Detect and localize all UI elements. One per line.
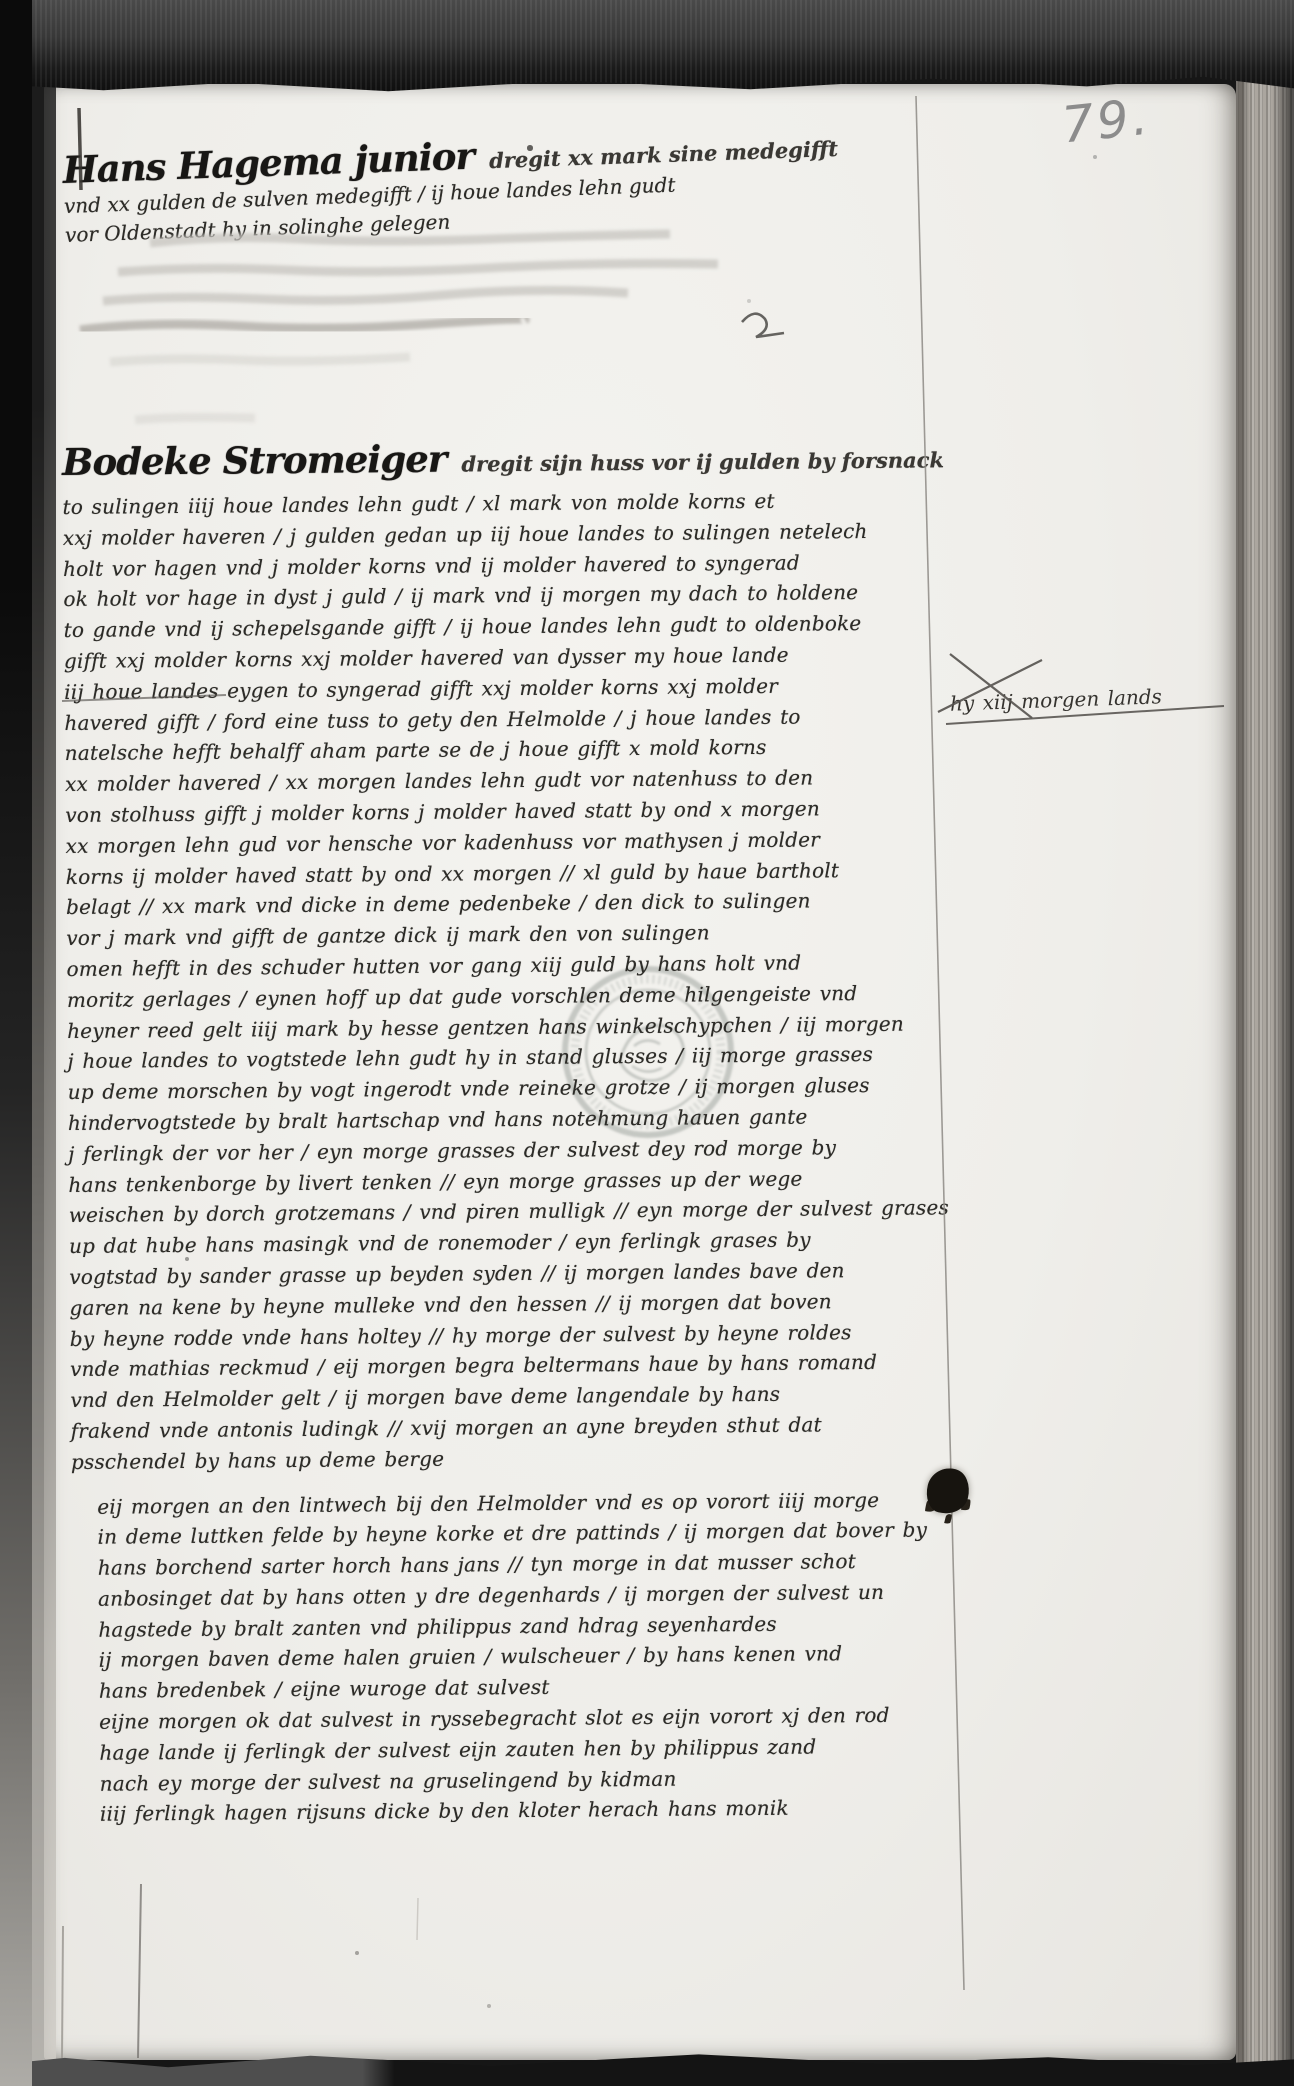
- left-page-edge: [30, 84, 56, 2086]
- entry-bodeke-stromeiger: Bodeke Stromeiger dregit sijn huss vor i…: [62, 432, 974, 1830]
- entry-heading-continuation: dregit sijn huss vor ij gulden by forsna…: [461, 447, 944, 476]
- entry-body: to sulingen iiij houe landes lehn gudt /…: [62, 484, 974, 1830]
- scanned-manuscript-page: 79. Hans Hagema junior dregit xx mark si…: [0, 0, 1294, 2086]
- entry-heading-line: Bodeke Stromeiger dregit sijn huss vor i…: [62, 432, 962, 484]
- book-fore-edge: [1236, 40, 1294, 2086]
- scan-left-edge: [0, 0, 32, 2086]
- folio-number: 79.: [1059, 88, 1153, 155]
- scan-top-edge: [0, 0, 1294, 96]
- entry-heading: Bodeke Stromeiger: [62, 437, 446, 484]
